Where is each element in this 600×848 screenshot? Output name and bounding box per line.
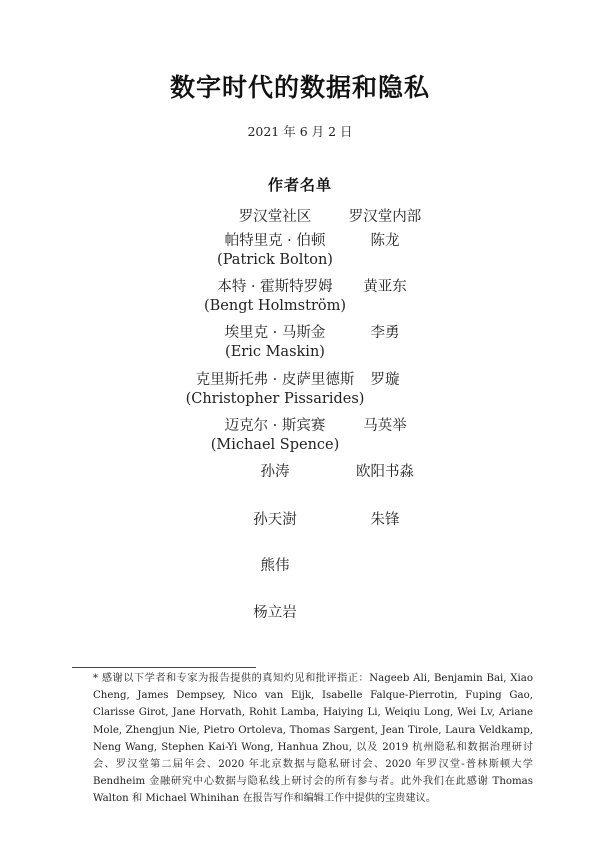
acknowledgement-footnote: * 感谢以下学者和专家为报告提供的真知灼见和批评指正：Nageeb Ali, B… xyxy=(93,670,533,808)
document-date: 2021 年 6 月 2 日 xyxy=(0,122,600,140)
author-name: 熊伟 xyxy=(170,554,380,575)
author-name: (Michael Spence) xyxy=(170,437,380,453)
document-title: 数字时代的数据和隐私 xyxy=(0,68,600,104)
authors-heading: 作者名单 xyxy=(0,174,600,195)
footnote-divider xyxy=(72,667,256,668)
author-name: 欧阳书淼 xyxy=(345,460,425,481)
author-name: (Patrick Bolton) xyxy=(170,252,380,268)
author-name: 罗汉堂内部 xyxy=(345,205,425,226)
author-name: (Eric Maskin) xyxy=(170,344,380,360)
author-name: 黄亚东 xyxy=(345,275,425,296)
author-name: (Bengt Holmström) xyxy=(170,298,380,314)
author-name: (Christopher Pissarides) xyxy=(170,391,380,407)
author-name: 李勇 xyxy=(345,321,425,342)
author-name: 陈龙 xyxy=(345,229,425,250)
author-name: 罗璇 xyxy=(345,368,425,389)
author-name: 朱锋 xyxy=(345,508,425,529)
author-name: 杨立岩 xyxy=(170,601,380,622)
author-name: 马英举 xyxy=(345,414,425,435)
